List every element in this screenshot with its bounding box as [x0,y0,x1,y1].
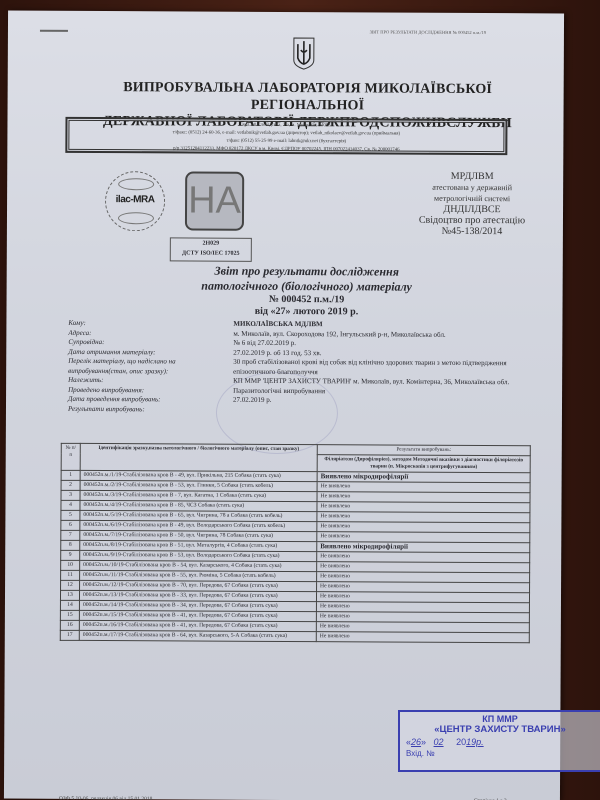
col-number-header: № п/п [61,443,80,470]
row-number: 9 [61,550,80,560]
ilac-text: ilac-MRA [106,194,164,205]
field-value: 27.02.2019 р. [233,396,548,407]
row-number: 12 [61,580,80,590]
attestation-block: МРДЛВМ атестована у державній метрологіч… [407,171,537,238]
trident-icon [292,36,316,70]
row-number: 1 [61,470,80,480]
row-number: 14 [60,600,79,610]
row-number: 13 [60,590,79,600]
attestation-title: МРДЛВМ [407,171,537,183]
col-result-header: Філяріатози (Дирофіляріоз), методом Мето… [317,455,530,473]
row-number: 11 [61,570,80,580]
report-fields: Кому:МИКОЛАЇВСЬКА МДЛВМАдреса:м. Миколаї… [68,319,548,417]
row-number: 17 [60,630,79,640]
header-reference: ЗВІТ ПРО РЕЗУЛЬТАТИ ДОСЛІДЖЕННЯ № 000452… [370,29,486,35]
attestation-number: №45-138/2014 [407,226,537,238]
row-number: 2 [61,480,80,490]
field-value: 30 проб стабілізованої крові від собак в… [233,358,548,379]
accreditation-box: 2Н029 ДСТУ ISO/IEC 17025 [170,237,252,261]
report-title: Звіт про результати дослідження патологі… [147,263,467,295]
stamp-day: 26 [411,737,421,747]
lab-title-line1: ВИПРОБУВАЛЬНА ЛАБОРАТОРІЯ МИКОЛАЇВСЬКОЇ … [68,79,548,116]
stamp-incoming-number: Вхід. № [400,749,600,758]
results-table: № п/п Ідентифікація зразку,назва патолог… [60,443,531,643]
staple-mark [40,30,68,32]
stamp-date: «26» 02 2019р. [400,737,600,747]
row-number: 8 [61,540,80,550]
received-stamp: КП ММР «ЦЕНТР ЗАХИСТУ ТВАРИН» «26» 02 20… [398,710,600,772]
form-reference: ОЗФ 5.10-06, редакція 06 від 15.01.2018 [59,796,153,800]
attestation-line: ДНДІЛДВСЕ [407,204,537,216]
bank-details-line: р/р 31251204112233, МФО 820172 ДКСУ в м.… [67,145,505,155]
na-accreditation-logo: НА [185,171,244,230]
row-number: 6 [61,520,80,530]
report-title-line1: Звіт про результати дослідження [147,263,467,280]
test-result: Не виявлено [316,632,529,643]
sample-id: 000452п.м./17/19-Стабілізована кров В - … [79,630,316,641]
document-page: ЗВІТ ПРО РЕЗУЛЬТАТИ ДОСЛІДЖЕННЯ № 000452… [4,11,564,800]
col-id-header: Ідентифікація зразку,назва патологічного… [80,443,317,471]
table-row: 17000452п.м./17/19-Стабілізована кров В … [60,630,529,642]
field-label: Дата проведення випробувань: [68,395,233,405]
attestation-line: Свідоцтво про атестацію [407,215,537,227]
row-number: 5 [61,510,80,520]
field-label: Перелік матеріалу, що надіслано на випро… [68,357,233,377]
row-number: 15 [60,610,79,620]
accreditation-standard: ДСТУ ISO/IEC 17025 [171,248,251,258]
row-number: 16 [60,620,79,630]
report-date: від «27» лютого 2019 р. [146,305,466,319]
report-title-line2: патологічного (біологічного) матеріалу [147,278,467,295]
ilac-mra-logo: ilac-MRA [105,171,165,231]
stamp-month: 02 [434,737,444,747]
row-number: 7 [61,530,80,540]
row-number: 4 [61,500,80,510]
attestation-line: метрологічній системі [407,193,537,205]
address-box: вул. 10 Слобідська, 2-а, м. Миколаїв, 54… [65,117,507,155]
row-number: 3 [61,490,80,500]
attestation-line: атестована у державній [407,182,537,194]
stamp-year-prefix: 20 [456,737,466,747]
results-table-body: 1000452п.м./1/19-Стабілізована кров В - … [60,470,530,642]
field-row: Перелік матеріалу, що надіслано на випро… [68,357,548,379]
accreditation-number: 2Н029 [171,238,251,248]
stamp-org-line2: «ЦЕНТР ЗАХИСТУ ТВАРИН» [400,724,600,735]
row-number: 10 [61,560,80,570]
stamp-year: 19р. [466,737,484,747]
na-logo-text: НА [187,179,242,222]
report-number-block: № 000452 п.м./19 від «27» лютого 2019 р. [146,293,466,319]
stamp-org-line1: КП ММР [400,714,600,724]
